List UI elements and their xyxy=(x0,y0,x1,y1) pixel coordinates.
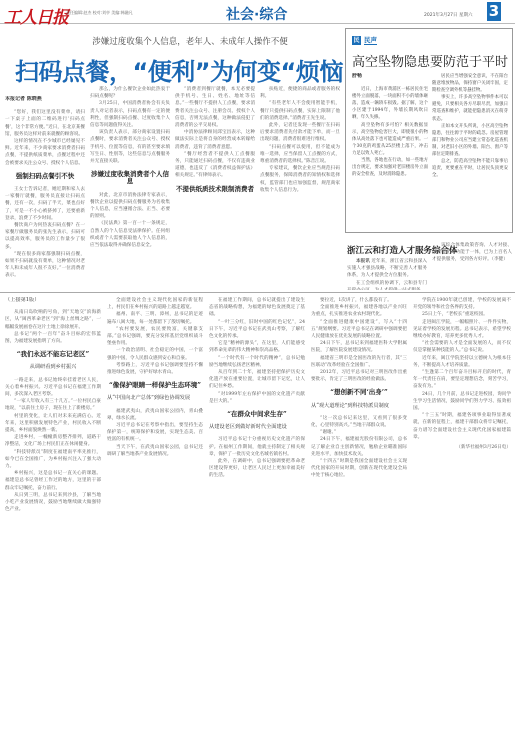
minsheng-label: 民声 xyxy=(364,35,377,45)
paragraph: 在福建工作期间，总书记就提出了建设生态省的战略构想，为福建的绿色发展奠定了基础。 xyxy=(209,297,305,319)
paragraph: 24日下午，总书记来到福建医科大学附属医院，了解医院发展建设情况。 xyxy=(311,340,407,354)
paragraph: 那么，为什么餐饮企业如此热衷于扫码点餐呢？ xyxy=(90,86,170,100)
paragraph: “这一次总书记来这里，又看到了很多变化，心里特别高兴。”当地干部群众说。 xyxy=(311,415,407,429)
paragraph: 餐饮商户为何热衷扫码点餐？在一家餐厅做服务员的张先生表示，扫码可以提高效率，服务… xyxy=(5,222,85,251)
section-title: 社会·综合 xyxy=(226,4,287,24)
paragraph: 乡村振兴，这是总书记一直关心的课题。福建是总书记曾经工作过的地方，这里的干部群众… xyxy=(5,470,101,492)
paragraph: “对1999年左右保护中国的文化遗产贡献是巨大的。” xyxy=(209,391,305,405)
zhejiang-column-1: 本报讯 近年来，浙江省云和县深入实施人才强县战略，不断完善人才服务体系，为人才提… xyxy=(347,258,427,290)
lead-column-1: 本报记者 陈晓燕 “您好，我们这里没有菜单，请扫一下桌子上面的二维码进行‘扫码点… xyxy=(5,96,85,290)
paragraph: 高空坠物有多可怕？相关数据显示，高空坠物危害巨大，即使很小的物体从高处落下也可能… xyxy=(352,122,428,157)
minsheng-byline: 舒畅 xyxy=(352,73,428,80)
paragraph: 从百年到二十年，福建坚持把保护历史文化遗产放在重要位置，让城市留下记忆，让人们记… xyxy=(209,369,305,391)
feature-dateline: （上接第1版） xyxy=(5,297,101,304)
feature-subheading-3: “在群众中间求生存” xyxy=(209,411,305,418)
paragraph: “一个时代有一个时代的精神”，总书记勉励当地继续弘扬老区精神。 xyxy=(209,355,305,369)
feature-column-3: 在福建工作期间，总书记就提出了建设生态省的战略构想，为福建的绿色发展奠定了基础。… xyxy=(209,297,305,747)
paragraph: 学院在1900年就已创建，学校的发展离不开党的领导和社会各界的支持。 xyxy=(413,297,511,311)
paragraph: “餐厅经营者不提供人工点餐服务，只能通过扫码点餐，不仅有违商业道德，也违反了《消… xyxy=(175,151,255,180)
paragraph: “一叶三分红，旧时中国的红色记忆”，24日下午，习近平总书记在武夷山考察，了解红… xyxy=(209,319,305,341)
paragraph: 在工会组织的协调下，云和县专门开辟办公区，为人才提供一站式服务。 xyxy=(347,280,427,290)
paragraph: 考察路上，习近平总书记强调要坚持不懈推进绿色发展，守护好绿水青山。 xyxy=(107,362,203,376)
paragraph: 24日下午，福建福光股份有限公司，总书记了解企业自主创新情况，勉励企业瞄准国际先… xyxy=(311,436,407,458)
feature-subheading-2-deck: 从“中国向北产总体”到绿色协调发展 xyxy=(107,395,203,402)
feature-subheading-1: “我们永远不能忘记老区” xyxy=(5,351,101,358)
paragraph: 扶贴近，便捷的商品或者服务的权利。 xyxy=(260,86,340,100)
feature-column-4: 要拉近，1次讲了，什么都没有了。 全面推进乡村振兴，福建各地以产业兴旺为重点，扎… xyxy=(311,297,407,747)
lead-column-3: “消费者到餐厅就餐，本无必要提供手机号、生日、姓名、地址等信息。”一些餐厅不提供… xyxy=(175,86,255,290)
paragraph: 正如本文开头所说，小区高空坠物隐患，往往源于平时的疏忽。房屋管理部门和物业公司应… xyxy=(432,123,508,158)
paragraph: “十三五”时期，福建各项事业取得显著成就，在新的征程上，福建干部群众将牢记嘱托，… xyxy=(413,412,511,441)
paragraph: 该负责人表示，部分商家设置扫码点餐时，要求消费者关注公众号、授权手机号、位置等信… xyxy=(90,129,170,165)
paragraph: 此外，记者还发现一些餐厅在扫码后要求消费者先付款才能下单，而一旦出现问题，消费者… xyxy=(260,122,340,144)
feature-subheading-2: “像保护眼睛一样保护生态环境” xyxy=(107,382,203,389)
paragraph: “谢谢。” xyxy=(311,429,407,436)
paragraph: 全面推进乡村振兴，福建各地以产业兴旺为重点，扎实推进农业农村现代化。 xyxy=(311,304,407,318)
paragraph: “有些老年人不会使用智能手机，餐厅只提供扫码点餐，实际上限制了他们的消费选择。”… xyxy=(260,100,340,122)
paragraph: 3月25日，中国消费者协会有关负责人对记者表示，扫码点餐有一定的便利性，但强制扫… xyxy=(90,100,170,129)
paragraph: 走进乡村，一幢幢新房整齐排列，道路干净整洁，文化广场上村民们正在休闲健身。 xyxy=(5,434,101,448)
publication-date: 2021年3月27日 星期六 xyxy=(424,12,472,18)
paragraph: “生逢第二个百年奋斗目标开启的时代，青年一代责任在肩，要坚定理想信念，刻苦学习，… xyxy=(413,369,511,391)
paragraph: 总书记“两个一百年”奋斗目标的宏伟蓝图，为福建发展指明了方向。 xyxy=(5,331,101,345)
minsheng-tag: 民 民声 xyxy=(352,35,377,45)
minsheng-column-2: 居民应当增强安全意识，不在阳台随意堆放物品，保持窗户关闭牢固，定期检查空调外机等… xyxy=(432,73,508,229)
paragraph: 近年来，闽江学院坚持以立德树人为根本任务，不断提高人才培养质量。 xyxy=(413,355,511,369)
paragraph: 总之，防范高空坠物不能只靠事后追责，更要重在平时，让居民头顶更安全。 xyxy=(432,158,508,179)
lead-subheading-1: 强制扫码点餐引不快 xyxy=(5,173,85,180)
paragraph: 这样的情况在不少城市已经屡见不鲜。近年来，不少商家要求消费者扫码点餐，不提供纸质… xyxy=(5,138,85,167)
feature-column-2: 全面建设社会主义现代化国家的新征程上，村民们在乡村振兴的道路上越走越宽。 福州、… xyxy=(107,297,203,747)
paragraph: 该综合体集政策咨询、人才对接、创业孵化等功能于一体，已为上百名人才提供服务，受到… xyxy=(432,242,512,264)
paragraph: 走进闽江学院，一幅幅照片、一件件实物，见证着学校的发展历程。总书记表示，希望学校… xyxy=(413,319,511,341)
lead-column-2: 那么，为什么餐饮企业如此热衷于扫码点餐呢？ 3月25日，中国消费者协会有关负责人… xyxy=(90,86,170,290)
paragraph: “一家人年收入有三十几万。”一位村民自豪地说，“以前住土房子，现在住上了新楼房。… xyxy=(5,398,101,412)
paragraph: “现在很多商家都强制扫码点餐，如果不扫码就没有菜单，这种情况对老年人和未成年人很… xyxy=(5,251,85,280)
feature-end-dateline: （新华社福州3月26日电） xyxy=(413,444,511,451)
section-divider xyxy=(0,292,515,293)
paragraph: 事实上，许多高空坠物事件本可以避免，只要相关各方尽职尽责，加强日常巡查和维护，就… xyxy=(432,94,508,122)
paragraph: 近日，上海市黄浦区一栋居民住宅楼外立面脱落，一块面积不小的墙体砸落，造成一辆轿车… xyxy=(352,86,428,121)
paragraph: 习近平总书记在考察中指出，要坚持生态保护第一，统筹保护和发展，实现生态美、百姓富… xyxy=(107,422,203,444)
paragraph: “消费者到餐厅就餐，本无必要提供手机号、生日、姓名、地址等信息。”一些餐厅不提供… xyxy=(175,86,255,129)
page-number: 3 xyxy=(487,2,501,21)
lead-byline: 本报记者 陈晓燕 xyxy=(5,96,85,103)
paragraph: 要拉近，1次讲了，什么都没有了。 xyxy=(311,297,407,304)
paragraph: 24日，几个月前，总书记走进校园，询问学生学习生活情况，鼓励同学们努力学习、报效… xyxy=(413,391,511,413)
paragraph: 从南日岛吹响的号角，到“天地交”滨海新区，从“闽西革命老区”到“海上丝绸之路”，… xyxy=(5,309,101,331)
minsheng-title: 高空坠物隐患要防范于平时 xyxy=(352,51,508,70)
feature-subheading-1-deck: 从调研看到乡村振兴 xyxy=(5,364,101,371)
newspaper-logo: 工人日报 xyxy=(4,3,68,28)
lead-subheading-3: 不提供纸质技术限制消费者 xyxy=(175,186,255,193)
minsheng-commentary-box: 民 民声 高空坠物隐患要防范于平时 舒畅 近日，上海市黄浦区一栋居民住宅楼外立面… xyxy=(345,28,513,233)
paragraph: 村里的变化，让人们对未来充满信心。近年来，这里积极发展特色产业，村民收入不断提高… xyxy=(5,413,101,435)
minsheng-icon: 民 xyxy=(352,36,361,45)
lead-headline: 扫码点餐，“便利”为何变“烦恼” xyxy=(15,52,325,87)
paragraph: “全面推进健康中国建设”，写入“十四五”规划纲要。习近平总书记在调研中强调要把人… xyxy=(311,319,407,341)
editors-line: 责任编辑:赵杰 校对:刘亭 美编:韩融凡 xyxy=(66,10,133,16)
paragraph: 《民法典》第一百一十一条规定，自然人的个人信息受法律保护。任何组织或者个人需要获… xyxy=(90,220,170,249)
paragraph: “扫码点餐可以使用，但不能成为唯一选择，应当保留人工点餐的方式，尊重消费者的选择… xyxy=(260,144,340,166)
paragraph: 专家建议，餐饮企业应当规范扫码点餐服务，保障消费者的知情权和选择权，监管部门也应… xyxy=(260,165,340,194)
paragraph: 此外，在调研中，总书记强调要把革命老区建设得更好，让老区人民过上更加幸福美好的生… xyxy=(209,458,305,480)
paragraph: 从日到三明，总书记来到沙县，了解当地小吃产业发展情况，鼓励当地继续做大做强特色产… xyxy=(5,492,101,514)
feature-column-1: （上接第1版） 从南日岛吹响的号角，到“天地交”滨海新区，从“闽西革命老区”到“… xyxy=(5,297,101,747)
paragraph: 本报讯 近年来，浙江省云和县深入实施人才强县战略，不断完善人才服务体系，为人才提… xyxy=(347,258,427,280)
zhejiang-byline: 本报讯 xyxy=(356,259,370,264)
paragraph: 2012年，习近平总书记对三明医改作出重要批示，肯定了三明医改的经验做法。 xyxy=(311,369,407,383)
masthead: 工人日报 责任编辑:赵杰 校对:刘亭 美编:韩融凡 社会·综合 2021年3月2… xyxy=(0,0,515,24)
minsheng-column-1: 舒畅 近日，上海市黄浦区一栋居民住宅楼外立面脱落，一块面积不小的墙体砸落，造成一… xyxy=(352,73,428,229)
paragraph: 一路走来，总书记始终牵挂着老区人民，关心着乡村振兴。习近平总书记在福建工作期间，… xyxy=(5,377,101,399)
lead-subheading-2: 涉嫌过度收集消费者个人信息 xyxy=(90,171,170,185)
paragraph: 福建武夷山，武夷山国家公园内，青山叠翠，绿水长流。 xyxy=(107,408,203,422)
paragraph: “您好，我们这里没有菜单，请扫一下桌子上面的二维码进行‘扫码点餐’，这个非常方便… xyxy=(5,109,85,138)
paragraph: 习近平总书记十分重视历史文化遗产的保护。在福州工作期间，他就主持制定了相关规章，… xyxy=(209,436,305,458)
paragraph: 当天下午，在武夷山国家公园，总书记还调研了解当地茶产业发展情况。 xyxy=(107,444,203,458)
paragraph: “十四五”时期是我国全面建设社会主义现代化国家的开局时期，创新在现代化建设全局中… xyxy=(311,458,407,480)
paragraph: 它是“精神的源头”，在这里，人们能感受到革命先辈的伟大精神和崇高品格。 xyxy=(209,340,305,354)
paragraph: 全面建设社会主义现代化国家的新征程上，村民们在乡村振兴的道路上越走越宽。 xyxy=(107,297,203,311)
feature-subheading-4-deck: 从“观大道理论”到科技特派员制度 xyxy=(311,403,407,410)
paragraph: 福州、南平、三明、漳州，总书记的足迹遍布八闽大地，每一处都留下了殷切嘱托。 xyxy=(107,311,203,325)
paragraph: “社会需要的人才是全面发展的人，而不仅仅是掌握某种技能的人。”总书记说。 xyxy=(413,340,511,354)
paragraph: 王女士告诉记者，她近期和家人去一家餐厅就餐，服务员直接让扫码点餐，还有一次，扫码… xyxy=(5,186,85,222)
paragraph: 一个政治清明、社会稳定的中国，一个富强的中国，令人民群众感到安心和自豪。 xyxy=(107,347,203,361)
paragraph: 当然，各地也在行动，如一些地方出台规定，要求加强对老旧楼房外立面的安全检查，及时… xyxy=(352,157,428,178)
paragraph: “科技特派员”制度在福建南平率先推行，如今已在全国推广，为乡村振兴注入了强大动力… xyxy=(5,449,101,471)
paragraph: 对此，北京市消协法律专家表示，餐饮企业以提供扫码点餐服务为名收集个人信息，应当遵… xyxy=(90,192,170,221)
feature-subheading-3-deck: 从建设老区到做好新时代全面建设 xyxy=(209,424,305,431)
feature-column-5: 学院在1900年就已创建，学校的发展离不开党的领导和社会各界的支持。 25日上午… xyxy=(413,297,511,747)
paragraph: 25日上午，“老校长”重返校园。 xyxy=(413,311,511,318)
lead-column-4: 扶贴近，便捷的商品或者服务的权利。 “有些老年人不会使用智能手机，餐厅只提供扫码… xyxy=(260,86,340,290)
lead-subhead: 涉嫌过度收集个人信息，老年人、未成年人操作不便 xyxy=(60,35,320,47)
feature-subheading-4: “想创新不同‘出身’” xyxy=(311,389,407,396)
paragraph: 中消协法律顾问邱宝昌表示，这种做法实际上是将自身的经营成本转嫁给消费者，违背了消… xyxy=(175,129,255,151)
paragraph: 福建省三明市是全国医改的先行者，其“三医联动”改革经验在全国推广。 xyxy=(311,355,407,369)
paragraph: 居民应当增强安全意识，不在阳台随意堆放物品，保持窗户关闭牢固，定期检查空调外机等… xyxy=(432,73,508,94)
paragraph: “农村要发展，农民要致富，关键靠支部。”总书记强调，要充分发挥基层党组织战斗堡垒… xyxy=(107,326,203,348)
zhejiang-column-2: 该综合体集政策咨询、人才对接、创业孵化等功能于一体，已为上百名人才提供服务，受到… xyxy=(432,242,512,290)
